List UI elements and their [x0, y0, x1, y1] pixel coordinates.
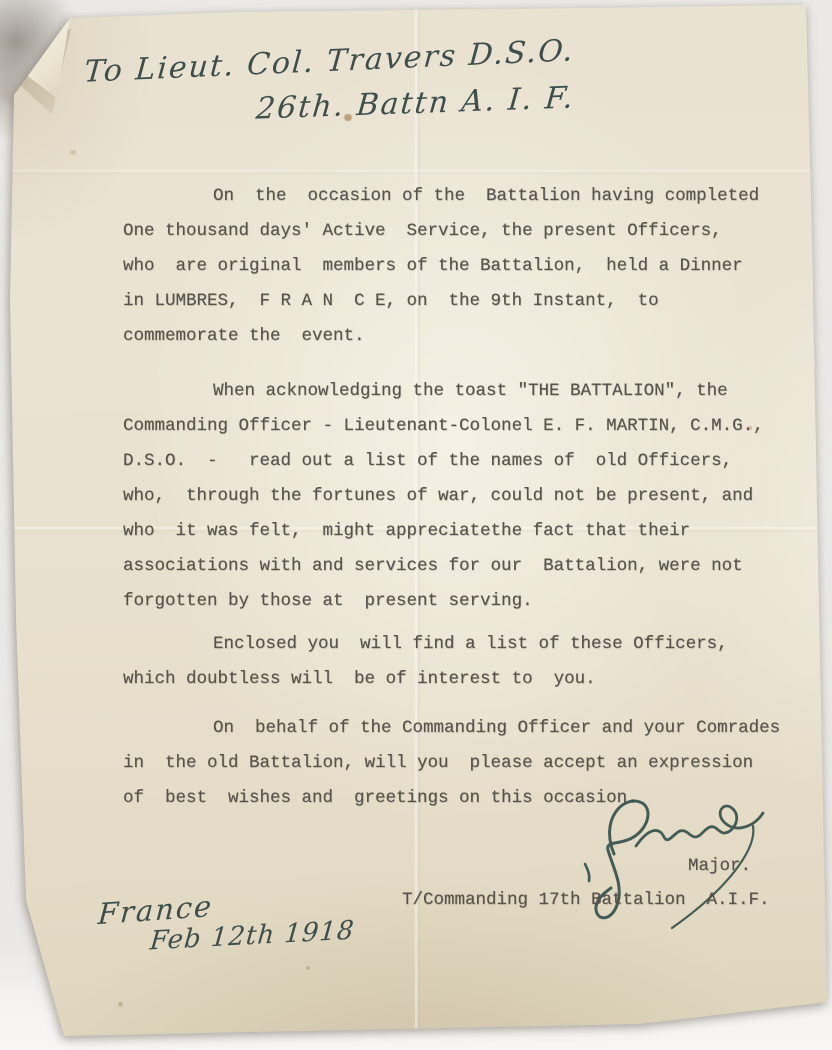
paragraph-3: Enclosed you will find a list of these O…	[123, 627, 728, 697]
typed-line: who, through the fortunes of war, could …	[123, 479, 764, 514]
signature-command-line: T/Commanding 17th Battalion A.I.F.	[402, 890, 770, 910]
letter-page: To Lieut. Col. Travers D.S.O. 26th. Batt…	[0, 0, 832, 1050]
paper-stain	[748, 426, 752, 430]
paper-stain	[306, 966, 310, 970]
handwritten-addressee-line1: To Lieut. Col. Travers D.S.O.	[83, 33, 576, 90]
handwritten-addressee-line2: 26th. Battn A. I. F.	[255, 80, 577, 126]
typed-line: in the old Battalion, will you please ac…	[123, 746, 780, 781]
typed-line: who are original members of the Battalio…	[123, 249, 759, 284]
scan-background: To Lieut. Col. Travers D.S.O. 26th. Batt…	[0, 0, 832, 1050]
typed-line: in LUMBRES, F R A N C E, on the 9th Inst…	[123, 284, 759, 319]
folded-corner	[12, 18, 76, 100]
typed-line: On behalf of the Commanding Officer and …	[123, 711, 780, 746]
paper-sheet: To Lieut. Col. Travers D.S.O. 26th. Batt…	[0, 0, 832, 1050]
typed-line: On the occasion of the Battalion having …	[123, 179, 759, 214]
typed-line: One thousand days' Active Service, the p…	[123, 214, 759, 249]
typed-line: Enclosed you will find a list of these O…	[123, 627, 728, 662]
typed-line: forgotten by those at present serving.	[123, 584, 764, 619]
typed-line: who it was felt, might appreciatethe fac…	[123, 514, 764, 549]
signature-rank: Major.	[688, 856, 751, 876]
typed-line: D.S.O. - read out a list of the names of…	[123, 444, 764, 479]
paragraph-1: On the occasion of the Battalion having …	[123, 179, 759, 354]
paper-stain	[70, 150, 76, 155]
paper-stain	[344, 114, 352, 121]
typed-line: When acknowledging the toast "THE BATTAL…	[123, 374, 764, 409]
typed-line: Commanding Officer - Lieutenant-Colonel …	[123, 409, 764, 444]
typed-line: commemorate the event.	[123, 319, 759, 354]
paragraph-2: When acknowledging the toast "THE BATTAL…	[123, 374, 764, 619]
typed-line: associations with and services for our B…	[123, 549, 764, 584]
paper-stain	[118, 1002, 123, 1007]
typed-line: which doubtless will be of interest to y…	[123, 662, 728, 697]
